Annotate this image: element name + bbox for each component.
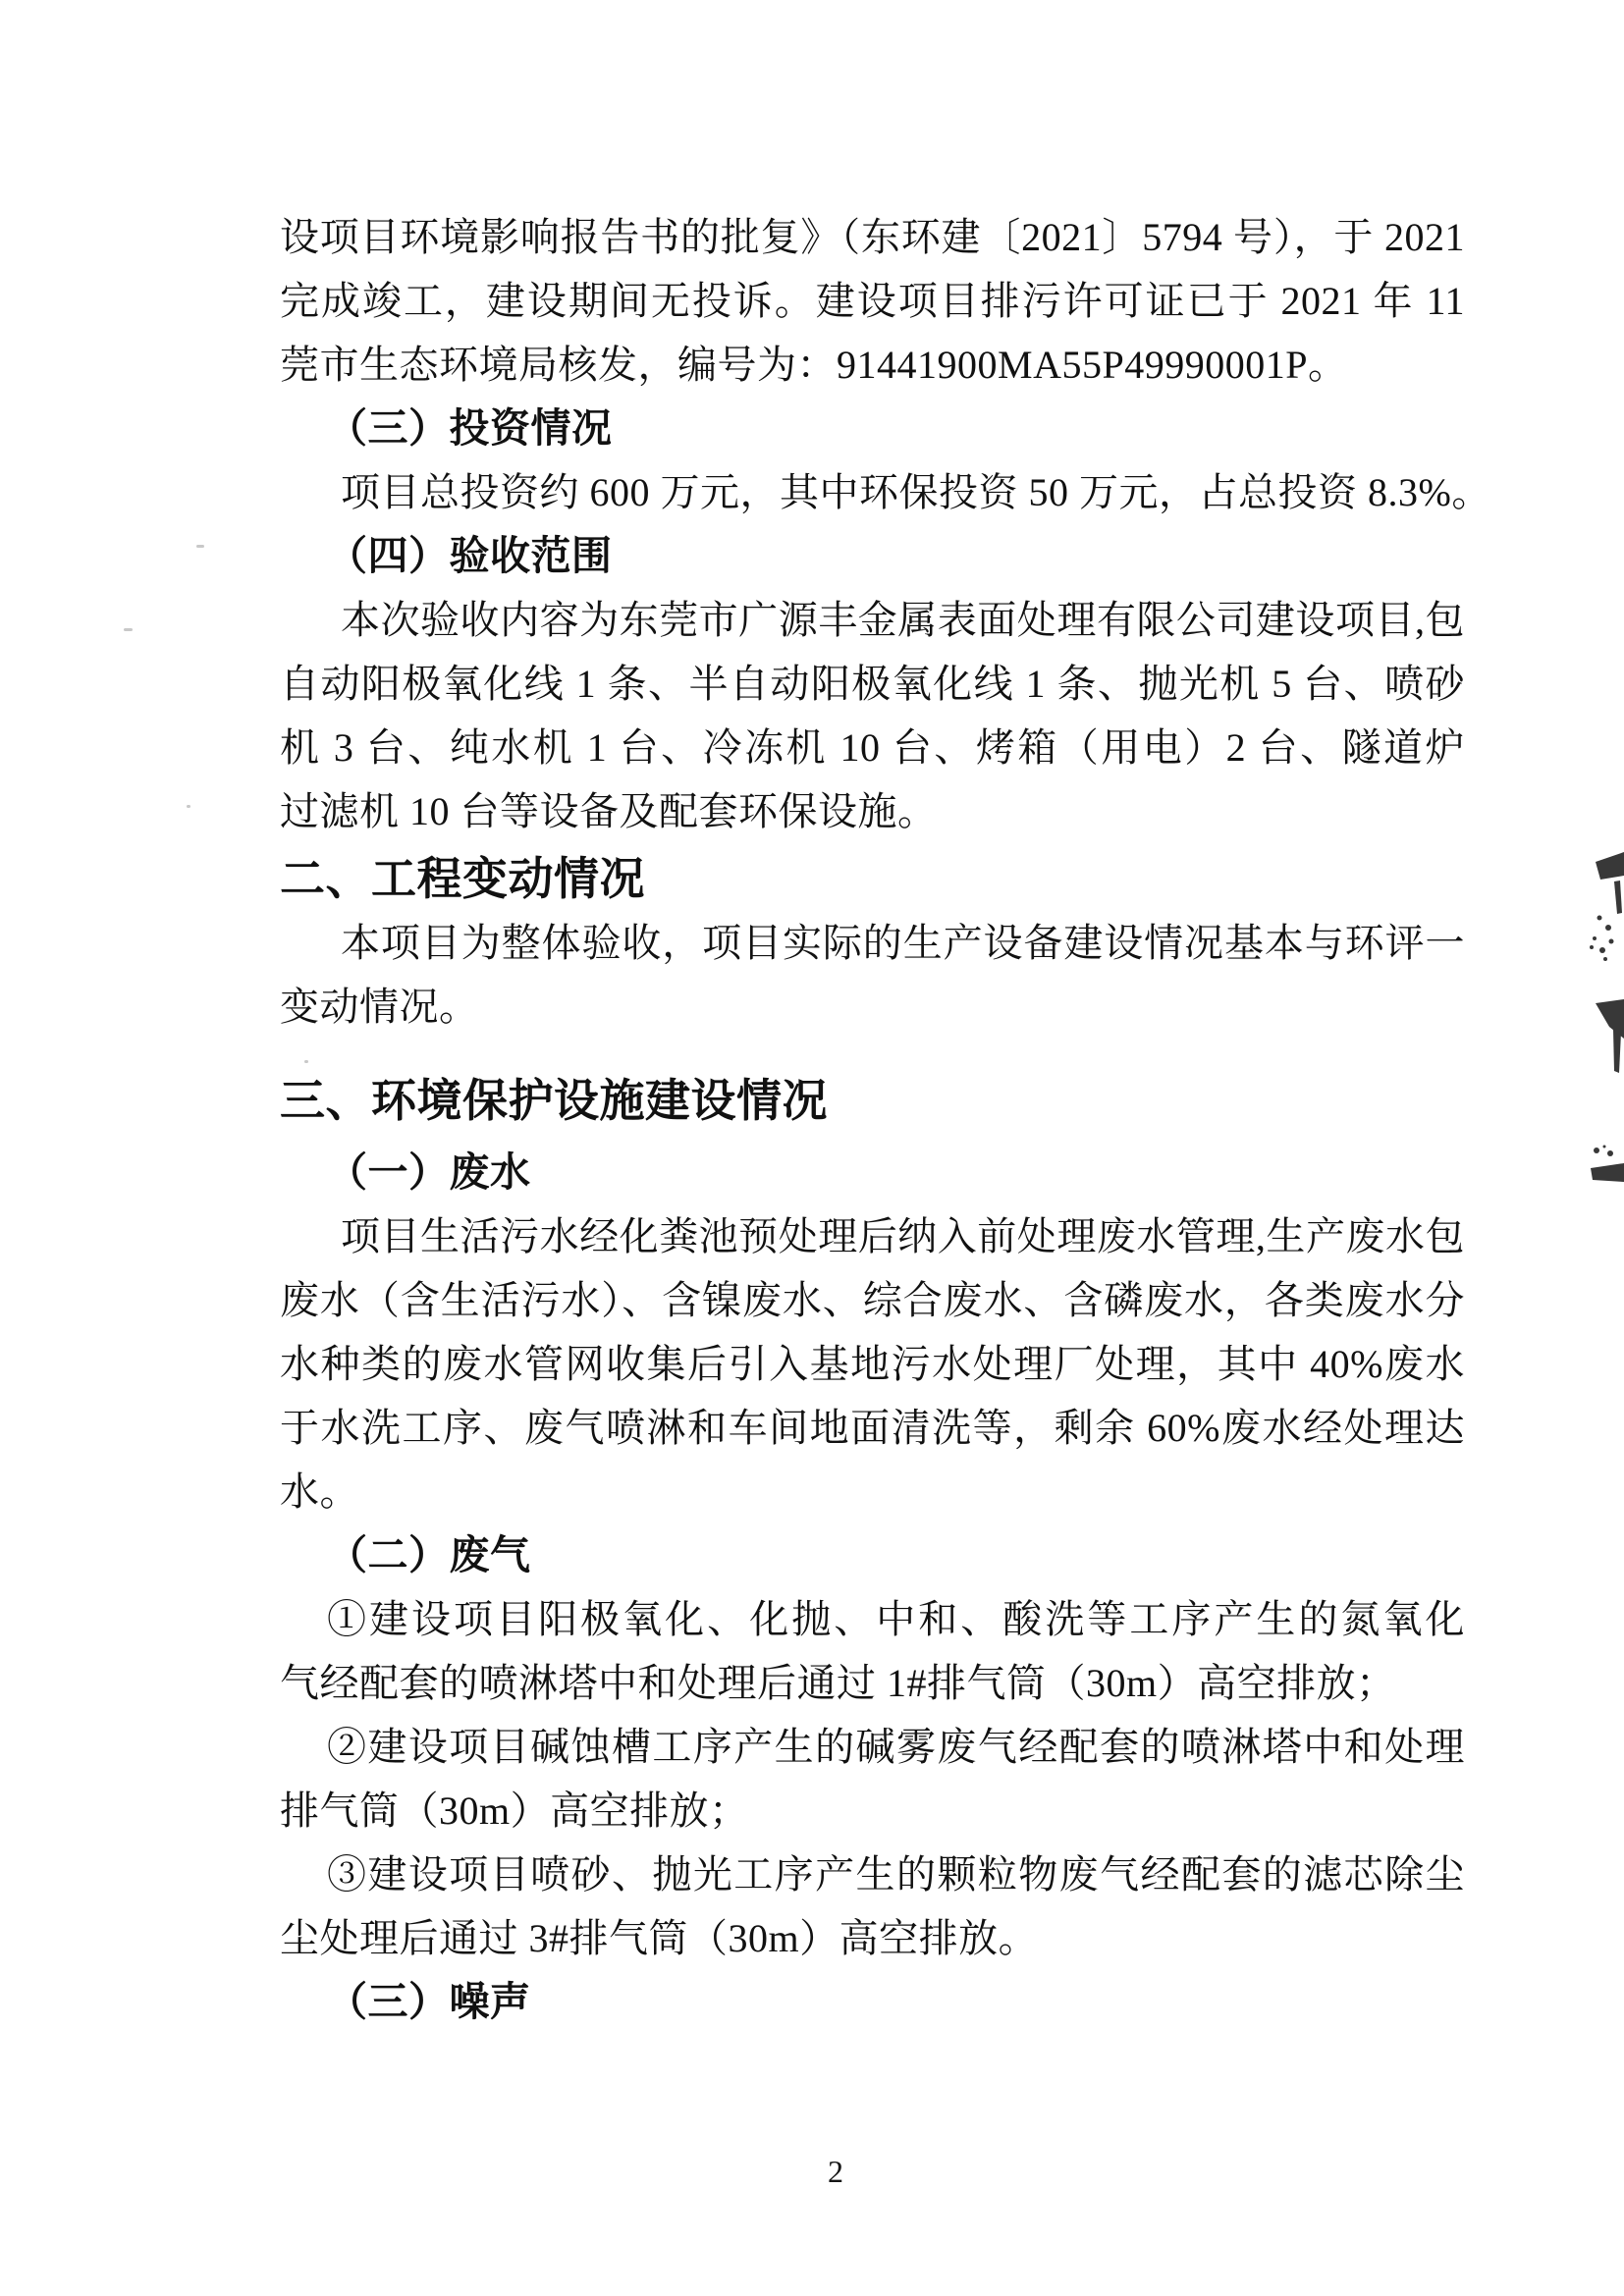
paragraph-line: 莞市生态环境局核发，编号为：91441900MA55P49990001P。 [280, 333, 1465, 397]
paragraph-line: 机 3 台、纯水机 1 台、冷冻机 10 台、烤箱（用电）2 台、隧道炉（用电）… [280, 716, 1465, 779]
paragraph-line: 废水（含生活污水）、含镍废水、综合废水、含磷废水，各类废水分别由不同废 [280, 1268, 1465, 1332]
document-text-block: 设项目环境影响报告书的批复》（东环建〔2021〕5794 号），于 2021 年… [280, 205, 1465, 2034]
paragraph-line: 本项目为整体验收，项目实际的生产设备建设情况基本与环评一致，无重大 [280, 911, 1465, 975]
page-number: 2 [821, 2154, 850, 2190]
heading-waste-gas: （二）废气 [280, 1523, 1465, 1587]
paragraph-line: 自动阳极氧化线 1 条、半自动阳极氧化线 1 条、抛光机 5 台、喷砂机 8 台… [280, 652, 1465, 716]
paragraph-line: ①建设项目阳极氧化、化抛、中和、酸洗等工序产生的氮氧化物、硫酸雾废 [280, 1587, 1465, 1651]
heading-project-changes: 二、工程变动情况 [280, 847, 1465, 911]
paragraph-line: 变动情况。 [280, 975, 1465, 1039]
paragraph-line: 于水洗工序、废气喷淋和车间地面清洗等，剩余 60%废水经处理达标后排入仁和 [280, 1396, 1465, 1460]
paragraph-line: 本次验收内容为东莞市广源丰金属表面处理有限公司建设项目,包括建设全 [280, 588, 1465, 652]
scan-speck [124, 628, 133, 631]
paragraph-line: 排气筒（30m）高空排放； [280, 1779, 1465, 1842]
scan-speck [187, 805, 190, 808]
heading-env-protection-facilities: 三、环境保护设施建设情况 [280, 1069, 1465, 1133]
heading-wastewater: （一）废水 [280, 1141, 1465, 1204]
heading-acceptance-scope: （四）验收范围 [280, 524, 1465, 588]
paragraph-line: 尘处理后通过 3#排气筒（30m）高空排放。 [280, 1906, 1465, 1970]
paragraph-line: ③建设项目喷砂、抛光工序产生的颗粒物废气经配套的滤芯除尘器+湿式除 [280, 1842, 1465, 1906]
heading-investment: （三）投资情况 [280, 397, 1465, 460]
scan-ink-artifacts [1586, 844, 1624, 1188]
paragraph-line: 水种类的废水管网收集后引入基地污水处理厂处理，其中 40%废水经处理后回用 [280, 1332, 1465, 1396]
paragraph-line: 项目生活污水经化粪池预处理后纳入前处理废水管理,生产废水包括前处理 [280, 1204, 1465, 1268]
paragraph-line: 过滤机 10 台等设备及配套环保设施。 [280, 779, 1465, 843]
paragraph-line: 项目总投资约 600 万元，其中环保投资 50 万元，占总投资 8.3%。 [280, 460, 1465, 524]
paragraph-line: 完成竣工，建设期间无投诉。建设项目排污许可证已于 2021 年 11 月 16 … [280, 269, 1465, 333]
paragraph-line: 水。 [280, 1460, 1465, 1523]
paragraph-line: 气经配套的喷淋塔中和处理后通过 1#排气筒（30m）高空排放； [280, 1651, 1465, 1715]
scanned-document-page: 设项目环境影响报告书的批复》（东环建〔2021〕5794 号），于 2021 年… [0, 0, 1624, 2296]
scan-speck [196, 545, 204, 548]
paragraph-line: ②建设项目碱蚀槽工序产生的碱雾废气经配套的喷淋塔中和处理后通过 2# [280, 1715, 1465, 1779]
heading-noise: （三）噪声 [280, 1970, 1465, 2034]
paragraph-line: 设项目环境影响报告书的批复》（东环建〔2021〕5794 号），于 2021 年… [280, 205, 1465, 269]
scan-speck [304, 1060, 308, 1063]
